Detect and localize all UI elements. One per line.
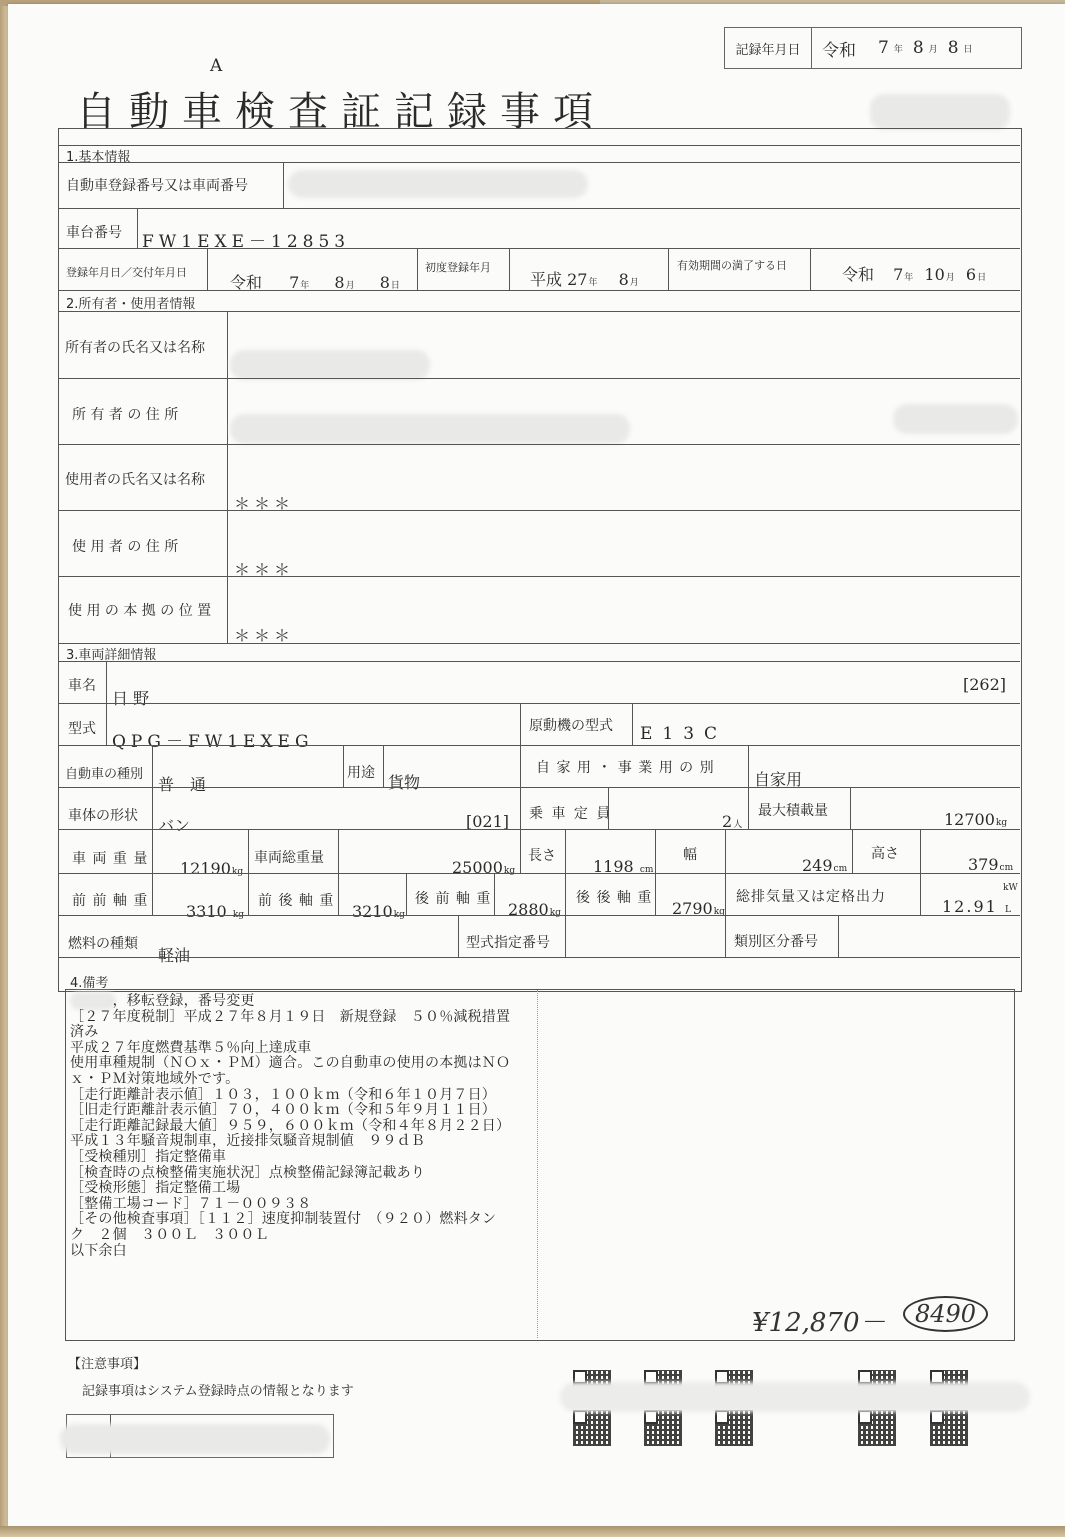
rf-axle-label: 後 前 軸 重 bbox=[415, 888, 491, 908]
month: 10 bbox=[924, 265, 944, 284]
record-date-box: 記録年月日 令和 7年 8月 8日 bbox=[724, 27, 1022, 69]
divider bbox=[920, 873, 921, 915]
divider bbox=[655, 873, 656, 915]
reg-date-label: 登録年月日／交付年月日 bbox=[66, 264, 187, 280]
divider bbox=[58, 145, 1020, 146]
era: 令和 bbox=[822, 36, 856, 61]
divider bbox=[725, 915, 726, 957]
divider bbox=[58, 745, 1020, 746]
fr-axle-label: 前 後 軸 重 bbox=[258, 890, 334, 910]
divider bbox=[632, 703, 633, 745]
vehicle-weight-label: 車 両 重 量 bbox=[72, 848, 148, 868]
qr-code bbox=[858, 1410, 896, 1446]
engine-value: E13C bbox=[640, 724, 727, 744]
remarks-text: ，移転登録，番号変更［２７年度税制］平成２７年８月１９日 新規登録 ５０％減税措… bbox=[70, 994, 540, 1259]
divider bbox=[137, 208, 138, 248]
vehicle-weight-number: 12190 bbox=[180, 859, 231, 878]
divider bbox=[668, 248, 669, 290]
divider bbox=[920, 829, 921, 873]
qr-code bbox=[930, 1410, 968, 1446]
unit: kg bbox=[550, 908, 561, 918]
reg-number-label: 自動車登録番号又は車両番号 bbox=[66, 175, 248, 195]
divider bbox=[608, 787, 609, 829]
divider bbox=[58, 162, 1020, 163]
remarks-line: 以下余白 bbox=[70, 1244, 540, 1260]
remarks-line: 済み bbox=[70, 1025, 540, 1041]
qr-code bbox=[573, 1410, 611, 1446]
redacted-area bbox=[893, 404, 1018, 434]
remarks-line: ［走行距離計表示値］１０３，１００ｋｍ（令和６年１０月７日） bbox=[70, 1088, 540, 1104]
body-shape-label: 車体の形状 bbox=[68, 805, 138, 825]
max-load-label: 最大積載量 bbox=[758, 800, 828, 820]
divider bbox=[655, 829, 656, 873]
unit: kg bbox=[996, 818, 1007, 828]
remarks-line: ［受検形態］指定整備工場 bbox=[70, 1181, 540, 1197]
car-name-code: [262] bbox=[963, 675, 1006, 694]
remarks-line: ［旧走行距離計表示値］７０，４００ｋｍ（令和５年９月１１日） bbox=[70, 1103, 540, 1119]
displacement-label: 総排気量又は定格出力 bbox=[736, 886, 886, 906]
record-date-label: 記録年月日 bbox=[725, 28, 812, 68]
section-2-heading: 2.所有者・使用者情報 bbox=[66, 293, 195, 312]
variant-mark: A bbox=[210, 56, 222, 76]
divider bbox=[207, 248, 208, 290]
model-value: QPG－FW1EXEG bbox=[112, 727, 314, 752]
max-load-number: 12700 bbox=[944, 810, 995, 829]
divider bbox=[58, 643, 1020, 644]
qr-code bbox=[644, 1410, 682, 1446]
divider bbox=[58, 915, 1020, 916]
remarks-line: ［受検種別］指定整備車 bbox=[70, 1150, 540, 1166]
divider bbox=[725, 829, 726, 873]
divider bbox=[58, 829, 1020, 830]
background-table bbox=[0, 0, 8, 1537]
owner-address-label: 所 有 者 の 住 所 bbox=[72, 404, 178, 424]
divider bbox=[248, 873, 249, 915]
notice-heading: 【注意事項】 bbox=[68, 1353, 146, 1372]
divider bbox=[58, 576, 1020, 577]
divider bbox=[338, 829, 339, 873]
divider bbox=[58, 444, 1020, 445]
ff-axle-label: 前 前 軸 重 bbox=[72, 890, 148, 910]
divider bbox=[406, 873, 407, 915]
unit-liter: L bbox=[1005, 905, 1011, 915]
max-load-value: 12700kg bbox=[944, 810, 1007, 829]
divider bbox=[152, 745, 153, 915]
divider bbox=[343, 745, 344, 787]
year: 7 bbox=[878, 38, 889, 58]
category-label: 類別区分番号 bbox=[734, 931, 818, 951]
car-name-value: 日 野 bbox=[112, 686, 149, 709]
background-table bbox=[0, 1526, 1065, 1537]
car-name-label: 車名 bbox=[68, 675, 96, 695]
gross-weight-number: 25000 bbox=[452, 858, 503, 877]
month: 8 bbox=[619, 270, 629, 289]
qr-code bbox=[715, 1410, 753, 1446]
divider bbox=[565, 915, 566, 957]
private-business-label: 自 家 用 ・ 事 業 用 の 別 bbox=[536, 757, 715, 777]
fuel-label: 燃料の種類 bbox=[68, 933, 138, 953]
record-date-value: 令和 7年 8月 8日 bbox=[812, 28, 1021, 68]
expiry-label: 有効期間の満了する日 bbox=[677, 257, 787, 273]
first-reg-label: 初度登録年月 bbox=[425, 259, 491, 275]
length-label: 長さ bbox=[528, 845, 556, 865]
divider bbox=[248, 829, 249, 873]
remarks-line: ［その他検査事項］［１１２］速度抑制装置付 （９２０）燃料タン bbox=[70, 1212, 540, 1228]
model-label: 型式 bbox=[68, 718, 96, 738]
divider bbox=[520, 829, 521, 873]
ff-axle-value: 3310 kg bbox=[186, 902, 244, 921]
unit: 月 bbox=[946, 273, 955, 283]
rf-axle-number: 2880 bbox=[508, 900, 549, 919]
divider bbox=[565, 829, 566, 873]
handwritten-circled-number: 8490 bbox=[903, 1300, 988, 1328]
capacity-label: 乗 車 定 員 bbox=[529, 803, 612, 823]
divider bbox=[383, 745, 384, 787]
divider bbox=[58, 510, 1020, 511]
remarks-line: ［整備工場コード］７１－００９３８ bbox=[70, 1197, 540, 1213]
body-shape-value: バン bbox=[158, 813, 190, 836]
divider bbox=[58, 290, 1020, 291]
divider bbox=[417, 248, 418, 290]
divider bbox=[338, 873, 339, 915]
remarks-line: ［２７年度税制］平成２７年８月１９日 新規登録 ５０％減税措置 bbox=[70, 1010, 540, 1026]
remarks-line: ｘ・ＰＭ対策地域外です。 bbox=[70, 1072, 540, 1088]
height-label: 高さ bbox=[871, 843, 899, 863]
circled-number: 8490 bbox=[903, 1296, 988, 1332]
day: 8 bbox=[948, 38, 959, 58]
divider bbox=[565, 873, 566, 915]
era: 令和 bbox=[842, 265, 874, 284]
divider bbox=[725, 873, 726, 915]
owner-name-redacted bbox=[230, 350, 430, 380]
divider bbox=[227, 311, 228, 644]
divider bbox=[58, 248, 1020, 249]
year: 27 bbox=[567, 270, 587, 289]
kind-value: 普 通 bbox=[158, 772, 206, 795]
unit: kg bbox=[504, 866, 515, 876]
divider bbox=[494, 873, 495, 915]
era: 平成 bbox=[530, 270, 562, 289]
chassis-label: 車台番号 bbox=[66, 222, 122, 242]
divider bbox=[58, 311, 1020, 312]
month: 8 bbox=[913, 38, 924, 58]
unit: 月 bbox=[929, 42, 938, 55]
divider bbox=[810, 248, 811, 290]
remarks-line: ［検査時の点検整備実施状況］点検整備記録簿記載あり bbox=[70, 1166, 540, 1182]
day: 6 bbox=[966, 265, 976, 284]
unit: 日 bbox=[977, 273, 986, 283]
rr-axle-label: 後 後 軸 重 bbox=[576, 887, 652, 907]
height-number: 379 bbox=[968, 855, 999, 874]
ff-axle-number: 3310 bbox=[186, 902, 227, 921]
kind-label: 自動車の種別 bbox=[65, 763, 143, 782]
remarks-line: ク ２個 ３００Ｌ ３００Ｌ bbox=[70, 1228, 540, 1244]
divider bbox=[58, 661, 1020, 662]
use-value: 貨物 bbox=[388, 770, 420, 793]
fr-axle-value: 3210kg bbox=[352, 902, 405, 921]
divider bbox=[58, 208, 1020, 209]
displacement-value: 12.91 bbox=[942, 897, 998, 916]
year: 7 bbox=[893, 265, 903, 284]
divider bbox=[838, 915, 839, 957]
divider bbox=[58, 957, 1020, 958]
fuel-value: 軽油 bbox=[158, 943, 190, 966]
first-reg-value: 平成 27年 8月 bbox=[530, 267, 645, 290]
remarks-line: 平成１３年騒音規制車，近接排気騒音規制値 ９９ｄＢ bbox=[70, 1134, 540, 1150]
fr-axle-number: 3210 bbox=[352, 902, 393, 921]
divider bbox=[58, 873, 1020, 874]
remarks-line: 使用車種規制（ＮＯｘ・ＰＭ）適合。この自動車の使用の本拠はＮＯ bbox=[70, 1056, 540, 1072]
reg-number-redacted bbox=[288, 170, 588, 198]
engine-label: 原動機の型式 bbox=[529, 715, 613, 735]
expiry-value: 令和 7年 10月 6日 bbox=[842, 262, 992, 285]
unit-kw: kW bbox=[1003, 883, 1018, 893]
gross-weight-value: 25000kg bbox=[452, 858, 515, 877]
divider bbox=[852, 829, 853, 873]
owner-address-redacted bbox=[230, 414, 630, 444]
divider bbox=[458, 915, 459, 957]
divider bbox=[509, 248, 510, 290]
redacted-area bbox=[870, 94, 1010, 130]
redacted-area bbox=[560, 1382, 1030, 1412]
unit: 月 bbox=[630, 278, 639, 288]
unit: 年 bbox=[588, 278, 597, 288]
vehicle-weight-value: 12190kg bbox=[180, 859, 243, 878]
use-label: 用途 bbox=[347, 762, 375, 782]
owner-name-label: 所有者の氏名又は名称 bbox=[65, 337, 205, 357]
width-label: 幅 bbox=[683, 844, 697, 864]
divider bbox=[520, 787, 521, 829]
remarks-line: ，移転登録，番号変更 bbox=[70, 994, 540, 1010]
base-location-label: 使 用 の 本 拠 の 位 置 bbox=[68, 600, 211, 620]
user-name-label: 使用者の氏名又は名称 bbox=[65, 469, 205, 489]
divider bbox=[283, 162, 284, 208]
remarks-line: ［走行距離記録最大値］９５９，６００ｋｍ（令和４年８月２２日） bbox=[70, 1119, 540, 1135]
unit: kg bbox=[232, 867, 243, 877]
rf-axle-value: 2880kg bbox=[508, 900, 561, 919]
height-value: 379cm bbox=[968, 855, 1013, 874]
user-address-label: 使 用 者 の 住 所 bbox=[72, 536, 178, 556]
divider bbox=[58, 787, 1020, 788]
divider bbox=[58, 378, 1020, 379]
gross-weight-label: 車両総重量 bbox=[254, 847, 324, 867]
divider bbox=[850, 787, 851, 829]
unit: 年 bbox=[894, 42, 903, 55]
notice-body: 記録事項はシステム登録時点の情報となります bbox=[82, 1380, 354, 1399]
unit: cm bbox=[1000, 863, 1014, 873]
divider bbox=[58, 703, 1020, 704]
unit: 年 bbox=[904, 273, 913, 283]
handwritten-price: ¥12,870－ bbox=[752, 1302, 886, 1339]
unit: 日 bbox=[964, 42, 973, 55]
redacted-area bbox=[60, 1424, 330, 1454]
type-designation-label: 型式指定番号 bbox=[466, 932, 550, 952]
